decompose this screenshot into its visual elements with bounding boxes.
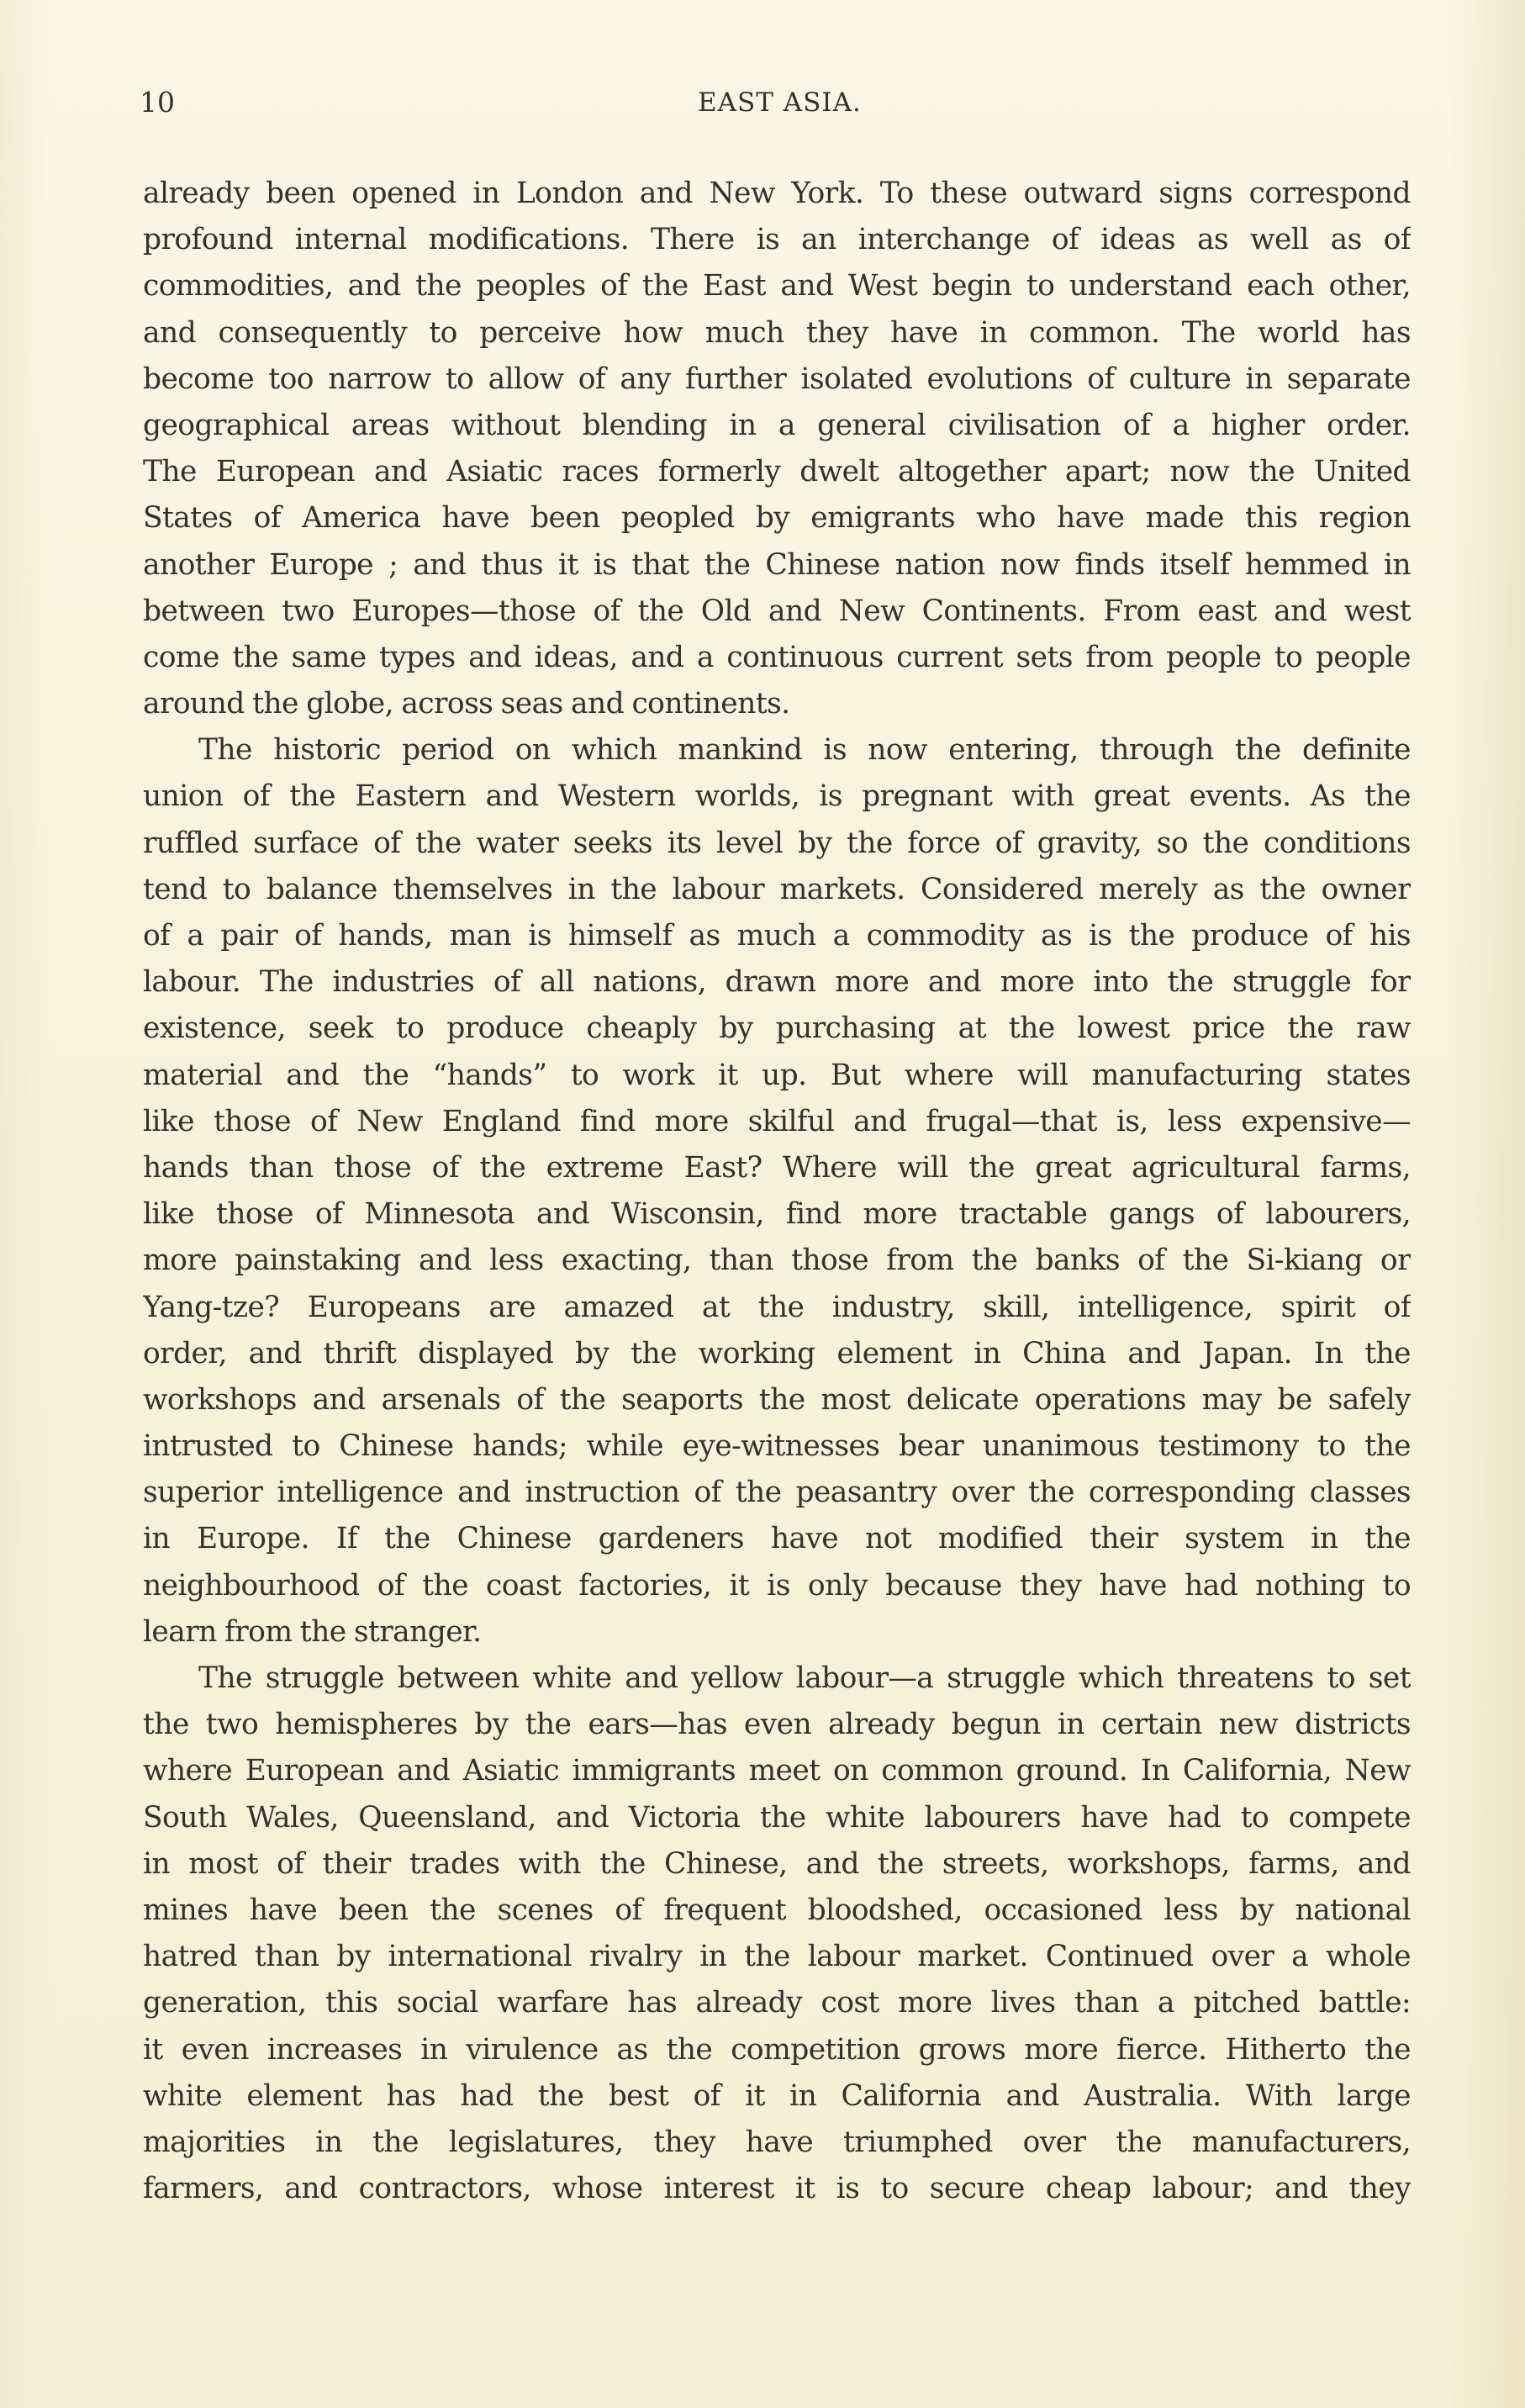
text-line: of a pair of hands, man is himself as mu… [143,913,1411,959]
text-line: already been opened in London and New Yo… [143,171,1411,217]
text-line: like those of Minnesota and Wisconsin, f… [143,1191,1411,1238]
text-line: between two Europes—those of the Old and… [143,589,1411,635]
text-line: the two hemispheres by the ears—has even… [143,1702,1411,1748]
text-line: Yang-tze? Europeans are amazed at the in… [143,1285,1411,1331]
text-line: majorities in the legislatures, they hav… [143,2120,1411,2166]
book-page: 10 EAST ASIA. already been opened in Lon… [0,0,1525,2408]
paragraph: The struggle between white and yellow la… [143,1655,1411,2212]
page-number: 10 [140,84,175,121]
text-line: The European and Asiatic races formerly … [143,449,1411,495]
text-line: like those of New England find more skil… [143,1099,1411,1145]
text-line: more painstaking and less exacting, than… [143,1238,1411,1284]
paragraph: already been opened in London and New Yo… [143,171,1411,727]
running-head: 10 EAST ASIA. [140,84,1411,121]
text-line: ruffled surface of the water seeks its l… [143,821,1411,867]
text-line: hatred than by international rivalry in … [143,1934,1411,1980]
text-line: workshops and arsenals of the seaports t… [143,1377,1411,1423]
body-text: already been opened in London and New Yo… [143,171,1411,2212]
text-line: material and the “hands” to work it up. … [143,1053,1411,1099]
text-line: it even increases in virulence as the co… [143,2027,1411,2073]
text-line: and consequently to perceive how much th… [143,310,1411,356]
text-line: generation, this social warfare has alre… [143,1980,1411,2026]
text-line: States of America have been peopled by e… [143,495,1411,541]
text-line: neighbourhood of the coast factories, it… [143,1563,1411,1609]
text-line: mines have been the scenes of frequent b… [143,1888,1411,1934]
text-line: become too narrow to allow of any furthe… [143,356,1411,403]
text-line: order, and thrift displayed by the worki… [143,1331,1411,1377]
text-line: superior intelligence and instruction of… [143,1470,1411,1516]
text-line: where European and Asiatic immigrants me… [143,1748,1411,1794]
text-line: profound internal modifications. There i… [143,217,1411,263]
text-line: geographical areas without blending in a… [143,403,1411,449]
text-line: tend to balance themselves in the labour… [143,867,1411,913]
text-line: labour. The industries of all nations, d… [143,959,1411,1006]
paragraph: The historic period on which mankind is … [143,727,1411,1655]
text-line: in most of their trades with the Chinese… [143,1841,1411,1888]
text-line: hands than those of the extreme East? Wh… [143,1145,1411,1191]
text-line: learn from the stranger. [143,1609,1411,1655]
text-line: The struggle between white and yellow la… [143,1655,1411,1702]
running-title: EAST ASIA. [698,84,862,121]
text-line: The historic period on which mankind is … [143,727,1411,774]
text-line: farmers, and contractors, whose interest… [143,2166,1411,2212]
text-line: union of the Eastern and Western worlds,… [143,774,1411,820]
text-line: intrusted to Chinese hands; while eye-wi… [143,1423,1411,1470]
text-line: existence, seek to produce cheaply by pu… [143,1006,1411,1052]
text-line: come the same types and ideas, and a con… [143,635,1411,681]
text-line: in Europe. If the Chinese gardeners have… [143,1516,1411,1562]
text-line: white element has had the best of it in … [143,2073,1411,2120]
text-line: South Wales, Queensland, and Victoria th… [143,1795,1411,1841]
text-line: another Europe ; and thus it is that the… [143,542,1411,589]
text-line: commodities, and the peoples of the East… [143,263,1411,309]
text-line: around the globe, across seas and contin… [143,681,1411,727]
